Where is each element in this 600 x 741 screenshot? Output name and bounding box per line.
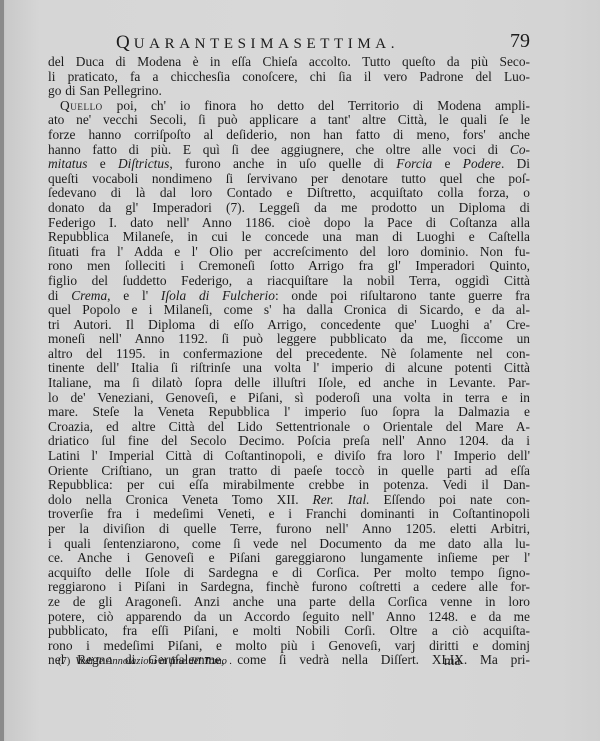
text-line: i quali ſentenziarono, come ſi vede nel …	[48, 537, 530, 552]
running-title: QUARANTESIMASETTIMA.	[116, 32, 399, 54]
text-line: driatico ſul fine del Secolo Decimo. Poſ…	[48, 434, 530, 449]
text-line: dolo nella Cronica Veneta Tomo XII. Rer.…	[48, 493, 530, 508]
text-line: troverſie fra i medeſimi Veneti, e i Fra…	[48, 507, 530, 522]
text-line: queſti vocaboli nondimeno ſi ſervivano p…	[48, 172, 530, 187]
text-run: altro del 1195. in confermazione del pre…	[48, 346, 530, 361]
text-run: rono i medeſimi Piſani, e molto più i Ge…	[48, 638, 530, 653]
text-line: tinente dell' Italia ſi riſtrinſe una vo…	[48, 361, 530, 376]
text-line: ce. Anche i Genoveſi e Piſani gareggiaro…	[48, 551, 530, 566]
text-line: Repubblica Milaneſe, in cui le concede u…	[48, 230, 530, 245]
text-run: go di San Pellegrino.	[48, 83, 162, 98]
text-run: reggiarono i Piſani in Sardegna, finchè …	[48, 579, 530, 594]
text-run: pubblicato, fra eſſi Piſani, e molti Nob…	[48, 623, 530, 638]
text-run: e	[87, 156, 118, 171]
text-run: e	[432, 156, 463, 171]
text-run: i quali ſentenziarono, come ſi vede nel …	[48, 536, 530, 551]
text-line: di Crema, e l' Iſola di Fulcherio: onde …	[48, 289, 530, 304]
small-caps-run: Quello	[60, 98, 103, 113]
text-line: tri Autori. Il Diploma di eſſo Arrigo, c…	[48, 318, 530, 333]
book-page: QUARANTESIMASETTIMA. 79 del Duca di Mode…	[0, 0, 600, 741]
text-run: Repubblica: per cui eſſa mirabilmente cr…	[48, 477, 530, 492]
footnote: (7)Vedi le Annotazioni in fine del Tomo …	[58, 656, 232, 667]
text-run: troverſie fra i medeſimi Veneti, e i Fra…	[48, 506, 530, 521]
text-run: Repubblica Milaneſe, in cui le concede u…	[48, 229, 530, 244]
text-run: forze hanno corriſpoſto al deſiderio, no…	[48, 127, 530, 142]
text-run: Oriente Criſtiano, un gran tratto di pae…	[48, 463, 530, 478]
text-line: rono i medeſimi Piſani, e molto più i Ge…	[48, 639, 530, 654]
text-run: figlio del ſuddetto Federigo, a riacquiſ…	[48, 273, 530, 288]
text-run: . Di	[501, 156, 530, 171]
text-line: Croazia, ed altre Città del Lido Settent…	[48, 420, 530, 435]
text-line: ſedevano di là dal loro Contado e Diſtre…	[48, 186, 530, 201]
text-run: quel Popolo e i Milaneſi, come s' ha dal…	[48, 302, 530, 317]
text-run: lo de' Veneziani, Genoveſi, e Piſani, sì…	[48, 390, 530, 405]
text-run: dolo nella Cronica Veneta Tomo XII.	[48, 492, 313, 507]
text-line: figlio del ſuddetto Federigo, a riacquiſ…	[48, 274, 530, 289]
italic-run: mitatus	[48, 156, 87, 171]
text-run: rono men ſolleciti i Cremoneſi ſotto Arr…	[48, 258, 530, 273]
text-run: ze de gli Aragoneſi. Anzi anche una part…	[48, 594, 530, 609]
text-run: li praticato, fa a chicchesſia conoſcere…	[48, 69, 530, 84]
text-run: mare. Steſe la Veneta Repubblica l' impe…	[48, 404, 530, 419]
text-line: rono men ſolleciti i Cremoneſi ſotto Arr…	[48, 259, 530, 274]
text-run: ato ne' vecchi Secoli, ſi può applicare …	[48, 112, 530, 127]
text-run: poi, ch' io finora ho detto del Territor…	[103, 98, 530, 113]
text-line: altro del 1195. in confermazione del pre…	[48, 347, 530, 362]
text-line: ato ne' vecchi Secoli, ſi può applicare …	[48, 113, 530, 128]
text-line: donato da gl' Imperadori (7). Leggeſi da…	[48, 201, 530, 216]
text-line: quel Popolo e i Milaneſi, come s' ha dal…	[48, 303, 530, 318]
text-line: hanno fatto di più. E quì ſi dee aggiugn…	[48, 143, 530, 158]
text-line: moneſi nell' Anno 1192. ſi può leggere p…	[48, 332, 530, 347]
text-run: driatico ſul fine del Secolo Decimo. Poſ…	[48, 433, 530, 448]
text-line: mitatus e Diſtrictus, furono anche in uſ…	[48, 157, 530, 172]
text-run: di	[48, 288, 71, 303]
text-run: hanno fatto di più. E quì ſi dee aggiugn…	[48, 142, 510, 157]
text-run: donato da gl' Imperadori (7). Leggeſi da…	[48, 200, 530, 215]
text-line: ſituati fra l' Adda e l' Olio per accreſ…	[48, 245, 530, 260]
text-line: acquiſto delle Iſole di Sardegna e di Co…	[48, 566, 530, 581]
text-line: lo de' Veneziani, Genoveſi, e Piſani, sì…	[48, 391, 530, 406]
running-head: QUARANTESIMASETTIMA. 79	[116, 32, 530, 56]
text-run: acquiſto delle Iſole di Sardegna e di Co…	[48, 565, 530, 580]
page-number: 79	[510, 30, 530, 53]
text-line: Repubblica: per cui eſſa mirabilmente cr…	[48, 478, 530, 493]
italic-run: Co-	[510, 142, 530, 157]
text-line: potere, ciò apparendo da un Accordo ſegu…	[48, 610, 530, 625]
footnote-mark: (7)	[58, 656, 70, 667]
text-line: ze de gli Aragoneſi. Anzi anche una part…	[48, 595, 530, 610]
text-line: Italiane, ma ſi dilatò ſopra delle illuſ…	[48, 376, 530, 391]
text-run: moneſi nell' Anno 1192. ſi può leggere p…	[48, 331, 530, 346]
text-run: queſti vocaboli nondimeno ſi ſervivano p…	[48, 171, 530, 186]
text-line: per la diviſion di quelle Terre, furono …	[48, 522, 530, 537]
text-run: per la diviſion di quelle Terre, furono …	[48, 521, 530, 536]
text-run: ſedevano di là dal loro Contado e Diſtre…	[48, 185, 530, 200]
text-line: reggiarono i Piſani in Sardegna, finchè …	[48, 580, 530, 595]
text-run: Latini l' Imperial Città di Coſtantinopo…	[48, 448, 530, 463]
text-run: Italiane, ma ſi dilatò ſopra delle illuſ…	[48, 375, 530, 390]
text-run: potere, ciò apparendo da un Accordo ſegu…	[48, 609, 530, 624]
text-line: Quello poi, ch' io finora ho detto del T…	[48, 99, 530, 114]
italic-run: Crema	[71, 288, 107, 303]
text-run: del Duca di Modena è in eſſa Chieſa acco…	[48, 54, 530, 69]
text-line: forze hanno corriſpoſto al deſiderio, no…	[48, 128, 530, 143]
text-run: : onde poi riſultarono tante guerre fra	[275, 288, 530, 303]
text-line: del Duca di Modena è in eſſa Chieſa acco…	[48, 55, 530, 70]
text-line: Federigo I. dato nell' Anno 1186. cioè d…	[48, 216, 530, 231]
italic-run: Podere	[463, 156, 501, 171]
body-text: del Duca di Modena è in eſſa Chieſa acco…	[48, 55, 530, 668]
catchword: ma	[444, 653, 460, 669]
text-line: li praticato, fa a chicchesſia conoſcere…	[48, 70, 530, 85]
footnote-text: Vedi le Annotazioni in fine del Tomo .	[75, 656, 232, 667]
running-title-rest: UARANTESIMASETTIMA.	[134, 36, 399, 52]
text-run: , furono anche in uſo quelle di	[169, 156, 396, 171]
text-run: tri Autori. Il Diploma di eſſo Arrigo, c…	[48, 317, 530, 332]
text-line: mare. Steſe la Veneta Repubblica l' impe…	[48, 405, 530, 420]
text-run: , e l'	[107, 288, 161, 303]
text-run: ſituati fra l' Adda e l' Olio per accreſ…	[48, 244, 530, 259]
text-run: tinente dell' Italia ſi riſtrinſe una vo…	[48, 360, 530, 375]
text-run: Eſſendo poi nate con-	[370, 492, 530, 507]
text-line: pubblicato, fra eſſi Piſani, e molti Nob…	[48, 624, 530, 639]
italic-run: Iſola di Fulcherio	[161, 288, 275, 303]
text-line: Latini l' Imperial Città di Coſtantinopo…	[48, 449, 530, 464]
running-title-initial: Q	[116, 32, 134, 53]
text-run: Croazia, ed altre Città del Lido Settent…	[48, 419, 530, 434]
page-binding-edge	[0, 0, 4, 741]
text-line: go di San Pellegrino.	[48, 84, 530, 99]
text-run: Federigo I. dato nell' Anno 1186. cioè d…	[48, 215, 530, 230]
italic-run: Diſtrictus	[118, 156, 169, 171]
italic-run: Rer. Ital.	[313, 492, 370, 507]
italic-run: Forcia	[396, 156, 432, 171]
text-run: ce. Anche i Genoveſi e Piſani gareggiaro…	[48, 550, 530, 565]
text-line: Oriente Criſtiano, un gran tratto di pae…	[48, 464, 530, 479]
